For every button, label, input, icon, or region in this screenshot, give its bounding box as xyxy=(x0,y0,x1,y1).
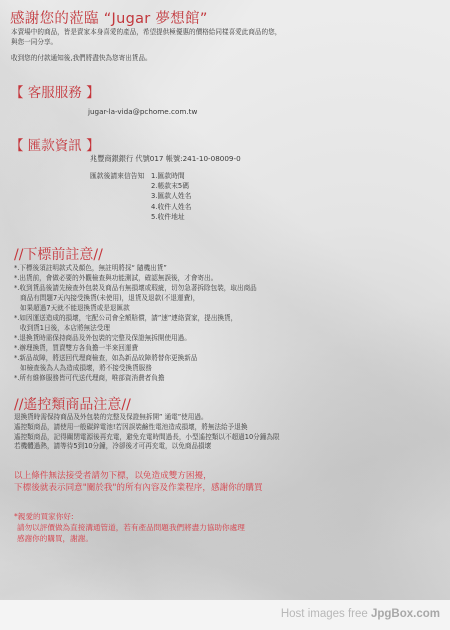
remote-note-line: 若機體過熱，請等待5到10分鐘，冷卻後才可再充電，以免商品損壞 xyxy=(14,442,280,452)
dear-buyer-line-2: 感謝你的購買，謝謝。 xyxy=(14,533,245,544)
host-watermark[interactable]: Host images free JpgBox.com xyxy=(281,608,440,620)
intro-line-3: 收到您的付款通知後,我們將盡快為您寄出貨品。 xyxy=(11,54,152,64)
note-line: *.如因運送造成的損壞，宅配公司會全額賠償，請”速”連絡賣家，提出換貨， xyxy=(14,313,257,323)
remote-note-line: 退換貨時需保持商品及外包裝的完整及保證無拆開” 通電”使用過。 xyxy=(14,413,280,423)
note-line: 如檢查後為人為造成損壞，將不接受換貨服務 xyxy=(14,363,257,373)
service-email: jugar-la-vida@pchome.com.tw xyxy=(88,107,197,116)
notify-item: 5.收件地址 xyxy=(151,212,191,222)
bank-account-info: 兆豐商銀銀行 代號017 帳號:241-10-08009-0 xyxy=(90,154,241,164)
remote-note-line: 遙控類商品，記得關閉電源後再充電，避免充電時間過長，小型遙控類以不超過10分鐘為… xyxy=(14,433,280,443)
remote-notes-list: 退換貨時需保持商品及外包裝的完整及保證無拆開” 通電”使用過。 遙控類商品，請使… xyxy=(14,413,280,452)
bidding-notes-heading: //下標前註意// xyxy=(14,244,103,264)
host-footer: Host images free JpgBox.com xyxy=(0,600,450,630)
bidding-notes-list: *.下標後須註明款式及顏色，無註明將採“ 隨機出貨” *.出貨前，會做必要的外觀… xyxy=(14,263,257,383)
warning-line-1: 以上條件無法接受者請勿下標，以免造成雙方困擾， xyxy=(14,470,263,482)
notify-item: 2.帳款末5碼 xyxy=(151,181,191,191)
notify-list: 1.匯款時間 2.帳款末5碼 3.匯款人姓名 4.收件人姓名 5.收件地址 xyxy=(151,171,191,222)
host-brand: JpgBox.com xyxy=(371,608,440,620)
note-line: 如果超過7天就不能退換貨或是退匯款 xyxy=(14,303,257,313)
host-text: Host images free xyxy=(281,608,371,620)
notify-item: 4.收件人姓名 xyxy=(151,202,191,212)
note-line: *.新品故障，將送回代理商檢查，如為新品故障將替你更換新品 xyxy=(14,353,257,363)
remote-note-line: 遙控類商品，請使用一般碳鋅電池!若因誤裝鹼性電池造成損壞，將無法給予退換 xyxy=(14,423,280,433)
dear-buyer-line-1: 請勿以評價做為直接溝通管道，若有產品問題我們將盡力協助你處理 xyxy=(14,522,245,533)
notify-item: 1.匯款時間 xyxy=(151,171,191,181)
dear-buyer-message: *親愛的買家你好: 請勿以評價做為直接溝通管道，若有產品問題我們將盡力協助你處理… xyxy=(14,511,245,544)
customer-service-heading: 【 客服服務 】 xyxy=(10,81,100,101)
note-line: 收到貨1日後，本店將無法受理 xyxy=(14,323,257,333)
note-line: *.下標後須註明款式及顏色，無註明將採“ 隨機出貨” xyxy=(14,263,257,273)
notify-item: 3.匯款人姓名 xyxy=(151,191,191,201)
note-line: 商品有問題7天內接受換貨(未使用)，退貨及退款(不退運費)， xyxy=(14,293,257,303)
note-line: *.出貨前，會做必要的外觀檢查與功能測試，確認無誤後，才會寄出。 xyxy=(14,273,257,283)
intro-text: 本賣場中的商品，皆是賣家本身喜愛的產品，希望提供極優惠的價格給同樣喜愛此商品的您… xyxy=(11,28,281,47)
warning-line-2: 下標後就表示同意"關於我"的所有內容及作業程序，感謝你的購買 xyxy=(14,482,263,494)
note-line: *.辦理換貨，買賣雙方各負擔一半來回運費 xyxy=(14,343,257,353)
remote-notes-heading: //遙控類商品注意// xyxy=(14,394,131,414)
notify-label: 匯款後請來信告知 xyxy=(90,171,144,181)
intro-line-2: 與您一同分享。 xyxy=(11,38,281,48)
note-line: *.所有維修服務皆可代送代理商，唯部資消費者負擔 xyxy=(14,373,257,383)
dear-buyer-greeting: *親愛的買家你好: xyxy=(14,511,245,522)
intro-line-1: 本賣場中的商品，皆是賣家本身喜愛的產品，希望提供極優惠的價格給同樣喜愛此商品的您… xyxy=(11,28,281,38)
note-line: *.退換貨時需保持商品及外包裝的完整及保證無拆開使用過。 xyxy=(14,333,257,343)
warning-text: 以上條件無法接受者請勿下標，以免造成雙方困擾， 下標後就表示同意"關於我"的所有… xyxy=(14,470,263,495)
page-title: 感謝您的蒞臨 “Jugar 夢想館” xyxy=(10,7,208,28)
crumpled-paper-background: 感謝您的蒞臨 “Jugar 夢想館” 本賣場中的商品，皆是賣家本身喜愛的產品，希… xyxy=(0,0,450,600)
note-line: *.收到貨品後請先檢查外包裝及商品有無損壞或瑕疵，切勿急著拆除包裝，取出商品 xyxy=(14,283,257,293)
remittance-heading: 【 匯款資訊 】 xyxy=(10,134,100,154)
